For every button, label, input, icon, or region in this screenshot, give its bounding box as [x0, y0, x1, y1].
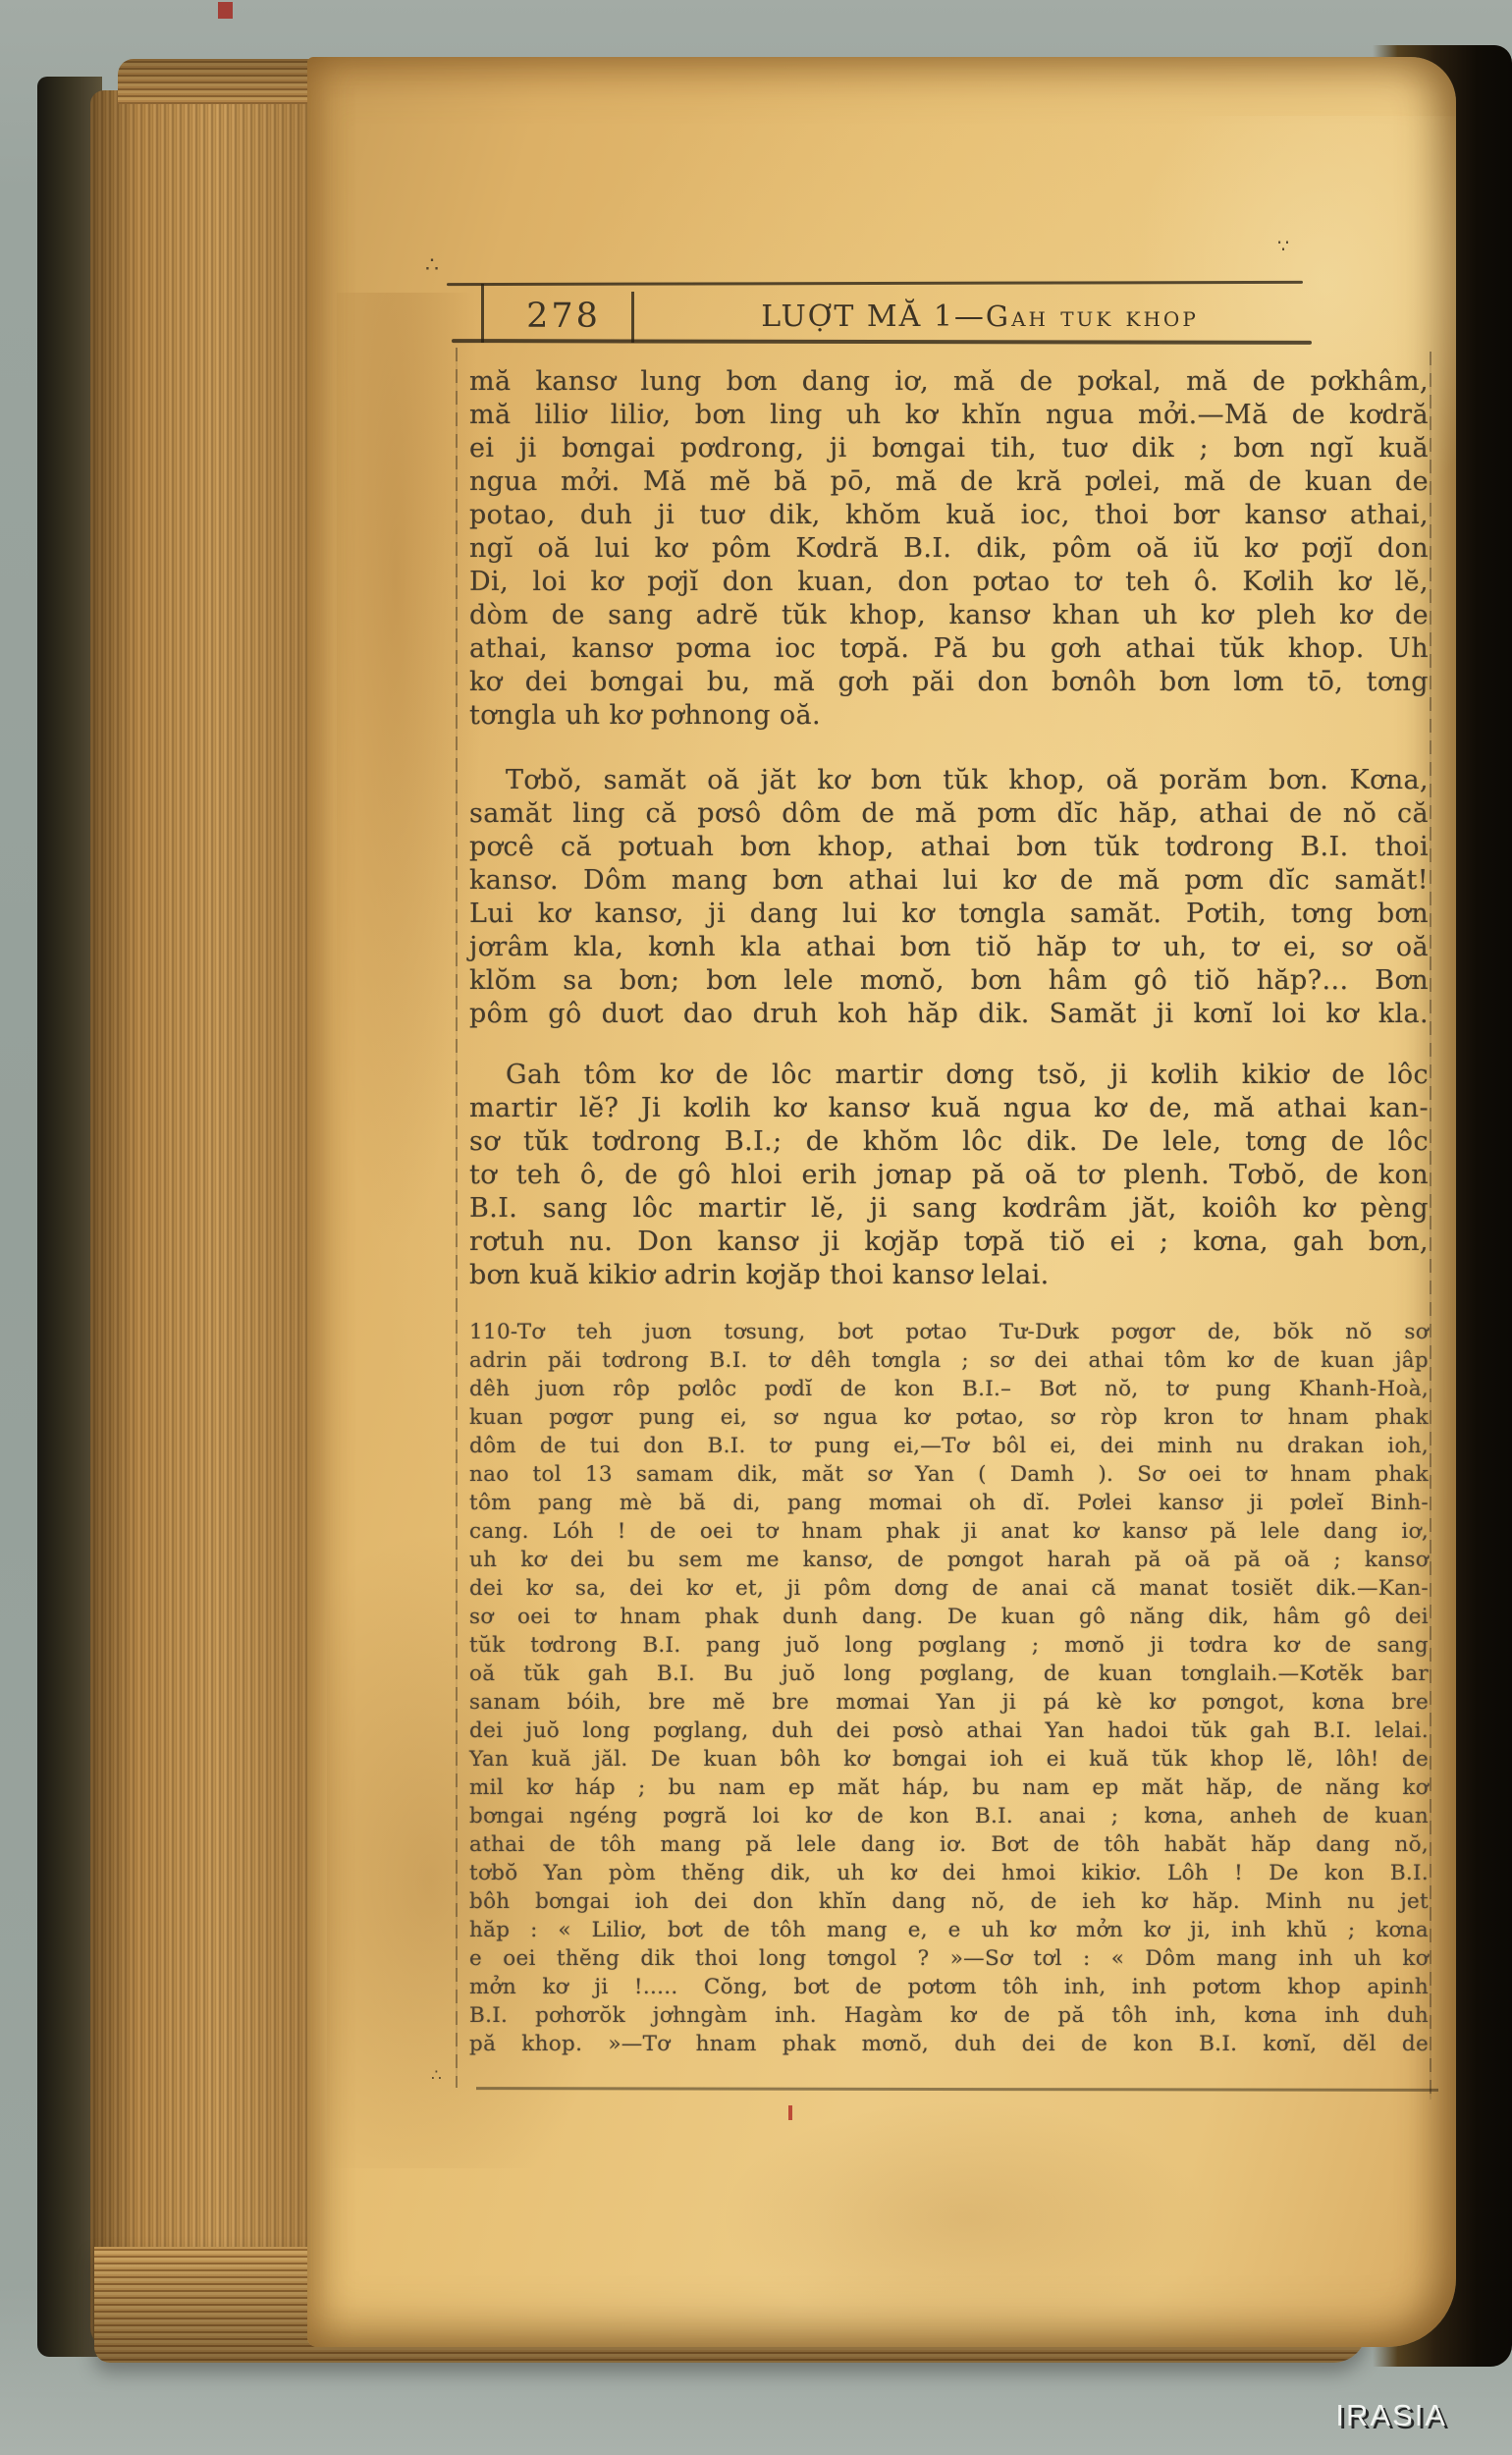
header-left-tick — [481, 284, 484, 343]
paper-stain — [720, 2100, 1211, 2335]
text-line: mởn kơ ji !..... Cŏng, bơt de pơtơm tôh … — [469, 1973, 1429, 2001]
text-line: ei ji bơngai pơdrong, ji bơngai tih, tuơ… — [469, 432, 1429, 465]
text-line: athai de tôh mang pă lele dang iơ. Bơt d… — [469, 1830, 1429, 1859]
footer-rule — [476, 2087, 1438, 2091]
text-line: athai, kansơ pơma ioc tơpă. Pă bu gơh at… — [469, 632, 1429, 666]
text-line: Lui kơ kansơ, ji dang lui kơ tơngla samă… — [469, 898, 1429, 931]
text-line: tôm pang mè bă di, pang mơmai oh dĭ. Pơl… — [469, 1489, 1429, 1517]
red-registration-mark — [218, 2, 233, 19]
header-left-ornament-icon: ∴ — [425, 253, 439, 278]
header-top-rule — [447, 281, 1303, 286]
text-line: mil kơ háp ; bu nam ep măt háp, bu nam e… — [469, 1773, 1429, 1802]
text-line: bơngai ngéng pơgră loi kơ de kon B.I. an… — [469, 1802, 1429, 1830]
footer-left-ornament-icon: ∴ — [431, 2066, 442, 2086]
text-line: B.I. sang lôc martir lĕ, ji sang kơdrâm … — [469, 1192, 1429, 1226]
paper-stain — [337, 293, 484, 1255]
scanned-book-photograph: ∴ ∵ 278 LUỢT MĂ 1—Gah tuk khop mă kansơ … — [0, 0, 1512, 2455]
text-line: tơ teh ô, de gô hloi erih jơnap pă oă tơ… — [469, 1159, 1429, 1192]
text-line: dei kơ sa, dei kơ et, ji pôm dơng de ana… — [469, 1574, 1429, 1603]
watermark: IRASIA — [1335, 2398, 1447, 2433]
text-line: sơ oei tơ hnam phak dunh dang. De kuan g… — [469, 1603, 1429, 1631]
red-ink-tick — [788, 2105, 792, 2120]
text-block: mă kansơ lung bơn dang iơ, mă de pơkal, … — [469, 365, 1429, 2058]
text-line: jơrâm kla, kơnh kla athai bơn tiŏ hăp tơ… — [469, 931, 1429, 964]
text-line: dei juŏ long pơglang, duh dei pơsò athai… — [469, 1717, 1429, 1745]
page-number: 278 — [500, 297, 627, 336]
text-line: kơ dei bơngai bu, mă gơh păi don bơnôh b… — [469, 666, 1429, 699]
text-line: tơngla uh kơ pơhnong oă. — [469, 699, 1429, 733]
text-line: dôm de tui don B.I. tơ pung ei,—Tơ bôl e… — [469, 1432, 1429, 1460]
text-line: pă khop. »—Tơ hnam phak mơnŏ, duh dei de… — [469, 2030, 1429, 2058]
running-title: LUỢT MĂ 1—Gah tuk khop — [651, 300, 1309, 334]
text-border-right — [1430, 352, 1431, 2100]
text-line: bôh bơngai ioh dei don khĭn dang nŏ, de … — [469, 1887, 1429, 1916]
text-line: pôm gô duơt dao druh koh hăp dik. Samăt … — [469, 998, 1429, 1031]
text-line: hăp : « Liliơ, bơt de tôh mang e, e uh k… — [469, 1916, 1429, 1944]
text-line: bơn kuă kikiơ adrin kơjăp thoi kansơ lel… — [469, 1259, 1429, 1292]
text-line: dêh juơn rôp pơlôc pơdĭ de kon B.I.– Bơt… — [469, 1375, 1429, 1403]
text-line: kansơ. Dôm mang bơn athai lui kơ de mă p… — [469, 864, 1429, 898]
text-line: Yan kuă jăl. De kuan bôh kơ bơngai ioh e… — [469, 1745, 1429, 1773]
header-right-ornament-icon: ∵ — [1277, 236, 1289, 257]
text-line: 110-Tơ teh juơn tơsung, bơt pơtao Tư-Dưk… — [469, 1318, 1429, 1346]
running-title-main: LUỢT MĂ 1— — [761, 300, 986, 334]
text-line: mă liliơ liliơ, bơn ling uh kơ khĭn ngua… — [469, 399, 1429, 432]
text-line: B.I. pơhơrŏk jơhngàm inh. Hagàm kơ de pă… — [469, 2001, 1429, 2030]
page-edges-left — [90, 90, 322, 2349]
text-line: pơcê că pơtuah bơn khop, athai bơn tŭk t… — [469, 831, 1429, 864]
text-line: samăt ling că pơsô dôm de mă pơm dĭc hăp… — [469, 797, 1429, 831]
text-border-left — [456, 348, 458, 2088]
paragraph-2: Tơbŏ, samăt oă jăt kơ bơn tŭk khop, oă p… — [469, 764, 1429, 1031]
header-divider — [631, 292, 634, 343]
text-line: Gah tôm kơ de lôc martir dơng tsŏ, ji kơ… — [469, 1059, 1429, 1092]
text-line: adrin păi tơdrong B.I. tơ dêh tơngla ; s… — [469, 1346, 1429, 1375]
text-line: sơ tŭk tơdrong B.I.; de khŏm lôc dik. De… — [469, 1125, 1429, 1159]
text-line: ngĭ oă lui kơ pôm Kơdră B.I. dik, pôm oă… — [469, 532, 1429, 566]
header-bottom-rule — [452, 339, 1312, 344]
text-line: oă tŭk gah B.I. Bu juŏ long pơglang, de … — [469, 1660, 1429, 1688]
text-line: Tơbŏ, samăt oă jăt kơ bơn tŭk khop, oă p… — [469, 764, 1429, 797]
running-title-smallcaps: Gah tuk khop — [986, 300, 1199, 333]
book-page: ∴ ∵ 278 LUỢT MĂ 1—Gah tuk khop mă kansơ … — [307, 57, 1456, 2347]
text-line: kuan pơgơr pung ei, sơ ngua kơ pơtao, sơ… — [469, 1403, 1429, 1432]
text-line: tŭk tơdrong B.I. pang juŏ long pơglang ;… — [469, 1631, 1429, 1660]
text-line: dòm de sang adrĕ tŭk khop, kansơ khan uh… — [469, 599, 1429, 632]
paragraph-3: Gah tôm kơ de lôc martir dơng tsŏ, ji kơ… — [469, 1059, 1429, 1292]
text-line: rơtuh nu. Don kansơ ji kơjăp tơpă tiŏ ei… — [469, 1226, 1429, 1259]
text-line: cang. Lóh ! de oei tơ hnam phak ji anat … — [469, 1517, 1429, 1546]
text-line: mă kansơ lung bơn dang iơ, mă de pơkal, … — [469, 365, 1429, 399]
text-line: ngua mởi. Mă mĕ bă pō, mă de kră pơlei, … — [469, 465, 1429, 499]
text-line: uh kơ dei bu sem me kansơ, de pơngot har… — [469, 1546, 1429, 1574]
text-line: nao tol 13 samam dik, măt sơ Yan ( Damh … — [469, 1460, 1429, 1489]
footnote-110: 110-Tơ teh juơn tơsung, bơt pơtao Tư-Dưk… — [469, 1318, 1429, 2058]
text-line: sanam bóih, bre mĕ bre mơmai Yan ji pá k… — [469, 1688, 1429, 1717]
text-line: potao, duh ji tuơ dik, khŏm kuă ioc, tho… — [469, 499, 1429, 532]
text-line: tơbŏ Yan pòm thĕng dik, uh kơ dei hmoi k… — [469, 1859, 1429, 1887]
text-line: e oei thĕng dik thoi long tơngol ? »—Sơ … — [469, 1944, 1429, 1973]
paragraph-1: mă kansơ lung bơn dang iơ, mă de pơkal, … — [469, 365, 1429, 733]
text-line: klŏm sa bơn; bơn lele mơnŏ, bơn hâm gô t… — [469, 964, 1429, 998]
text-line: martir lĕ? Ji kơlih kơ kansơ kuă ngua kơ… — [469, 1092, 1429, 1125]
text-line: Di, loi kơ pơjĭ don kuan, don pơtao tơ t… — [469, 566, 1429, 599]
